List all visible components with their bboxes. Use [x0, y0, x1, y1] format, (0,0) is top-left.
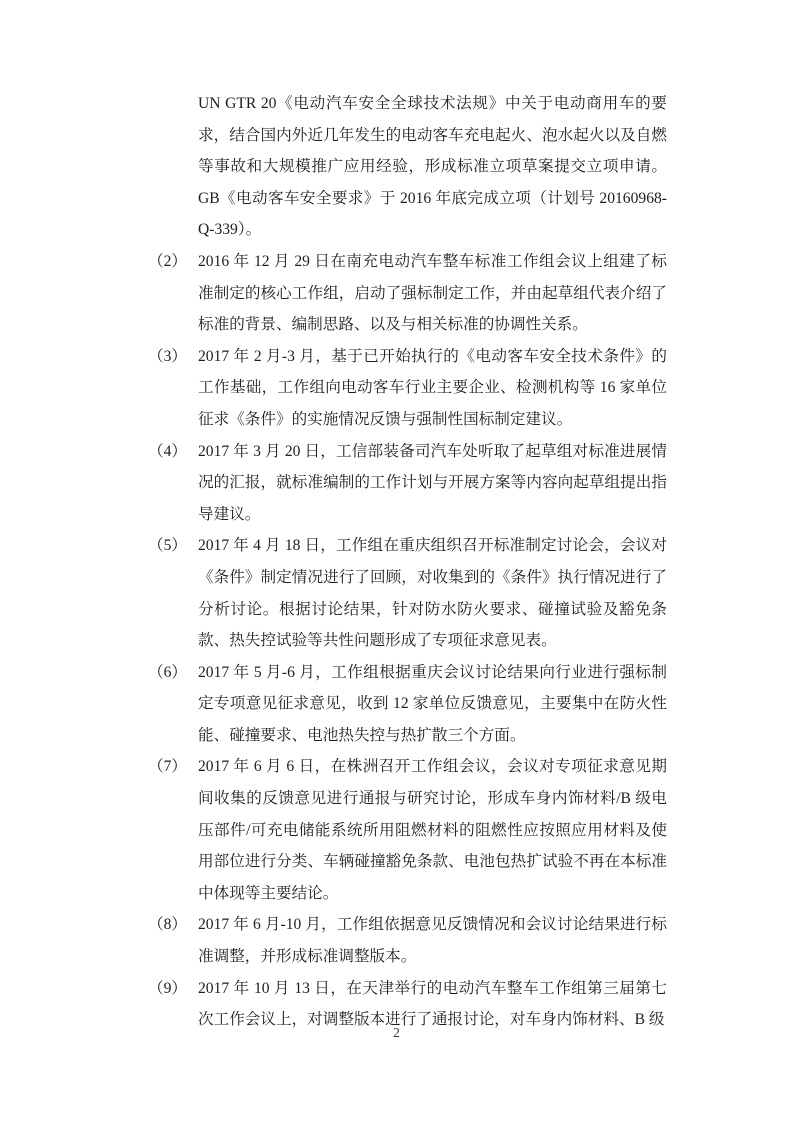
paragraph-continuation: UN GTR 20《电动汽车安全全球技术法规》中关于电动商用车的要求，结合国内外…: [198, 88, 667, 246]
list-item-number: （8）: [148, 909, 198, 941]
list-item: （5） 2017 年 4 月 18 日，工作组在重庆组织召开标准制定讨论会，会议…: [148, 530, 667, 656]
list-item-number: （5）: [148, 530, 198, 562]
document-page: UN GTR 20《电动汽车安全全球技术法规》中关于电动商用车的要求，结合国内外…: [0, 0, 793, 1122]
list-item-text: 2017 年 6 月 6 日，在株洲召开工作组会议，会议对专项征求意见期间收集的…: [198, 751, 667, 909]
document-body: UN GTR 20《电动汽车安全全球技术法规》中关于电动商用车的要求，结合国内外…: [148, 88, 667, 1036]
list-item-text: 2017 年 3 月 20 日，工信部装备司汽车处听取了起草组对标准进展情况的汇…: [198, 436, 667, 531]
list-item-number: （6）: [148, 657, 198, 689]
list-item: （4） 2017 年 3 月 20 日，工信部装备司汽车处听取了起草组对标准进展…: [148, 436, 667, 531]
list-item-number: （9）: [148, 973, 198, 1005]
list-item: （2） 2016 年 12 月 29 日在南充电动汽车整车标准工作组会议上组建了…: [148, 246, 667, 341]
list-item: （8） 2017 年 6 月-10 月，工作组依据意见反馈情况和会议讨论结果进行…: [148, 909, 667, 972]
list-item: （6） 2017 年 5 月-6 月，工作组根据重庆会议讨论结果向行业进行强标制…: [148, 657, 667, 752]
list-item-number: （3）: [148, 341, 198, 373]
list-item-text: 2016 年 12 月 29 日在南充电动汽车整车标准工作组会议上组建了标准制定…: [198, 246, 667, 341]
list-item-text: 2017 年 6 月-10 月，工作组依据意见反馈情况和会议讨论结果进行标准调整…: [198, 909, 667, 972]
list-item: （3） 2017 年 2 月-3 月，基于已开始执行的《电动客车安全技术条件》的…: [148, 341, 667, 436]
list-item: （7） 2017 年 6 月 6 日，在株洲召开工作组会议，会议对专项征求意见期…: [148, 751, 667, 909]
page-number: 2: [0, 1022, 793, 1044]
list-item-text: 2017 年 5 月-6 月，工作组根据重庆会议讨论结果向行业进行强标制定专项意…: [198, 657, 667, 752]
list-item-number: （4）: [148, 436, 198, 468]
list-item-number: （2）: [148, 246, 198, 278]
list-item-number: （7）: [148, 751, 198, 783]
list-item-text: 2017 年 4 月 18 日，工作组在重庆组织召开标准制定讨论会，会议对《条件…: [198, 530, 667, 656]
list-item-text: 2017 年 2 月-3 月，基于已开始执行的《电动客车安全技术条件》的工作基础…: [198, 341, 667, 436]
